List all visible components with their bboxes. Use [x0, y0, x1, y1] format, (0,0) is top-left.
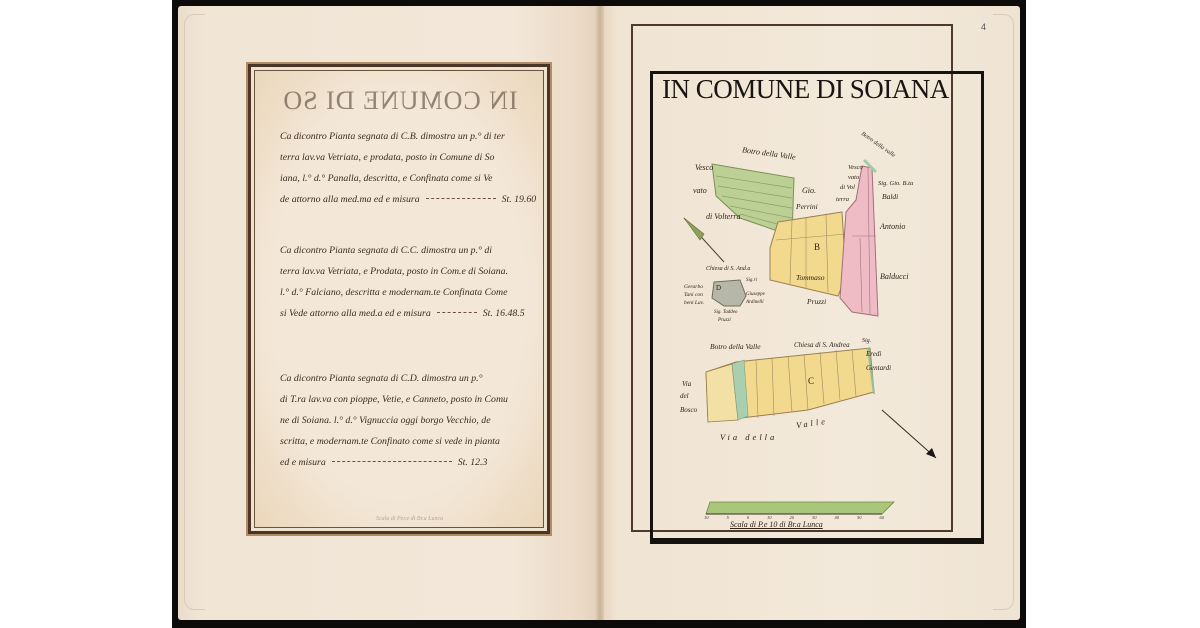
- label-via-bosco: del: [680, 392, 689, 400]
- entry-amount: St. 19.60.18: [502, 194, 536, 205]
- label-gherardo: beni Lav.: [684, 300, 704, 306]
- entry-line: iana, l.° d.° Panalla, descritta, e Conf…: [280, 168, 536, 189]
- entry-line: de attorno alla med.ma ed e misuraSt. 19…: [280, 189, 536, 210]
- book-gutter: [596, 6, 604, 620]
- label-via-bosco: Via: [682, 380, 691, 388]
- label-sig: Sig. Taddeo: [714, 310, 737, 315]
- label-botro-valle-lower: Botro della Valle: [710, 342, 761, 351]
- label-parcel-c: C: [808, 376, 814, 386]
- entry-line: terra lav.va Vetriata, e Prodata, posto …: [280, 261, 536, 282]
- entry-line: Ca dicontro Pianta segnata di C.D. dimos…: [280, 368, 536, 389]
- label-sig: Sig.ri: [746, 278, 757, 283]
- folio-number: 4: [981, 22, 986, 32]
- label-perrini: Perrini: [796, 202, 818, 211]
- entry-line: terra lav.va Vetriata, e prodata, posto …: [280, 147, 536, 168]
- entry-line: l.° d.° Falciano, descritta e modernam.t…: [280, 282, 536, 303]
- label-chiesa-lower: Chiesa di S. Andrea: [794, 341, 850, 349]
- entry-parcel-d: Ca dicontro Pianta segnata di C.D. dimos…: [280, 368, 536, 473]
- entry-line: scritta, e modernam.te Confinato come si…: [280, 431, 536, 452]
- label-vescovato: vato: [693, 186, 707, 195]
- label-sig: Pruzzi: [718, 318, 731, 323]
- map-frame: [650, 71, 984, 541]
- entry-line: si Vede attorno alla med.a ed e misuraSt…: [280, 303, 536, 324]
- label-parcel-d: D: [716, 284, 721, 292]
- label-gherardo: Gerarbo: [684, 284, 703, 290]
- label-via-bosco: Bosco: [680, 406, 697, 414]
- entry-parcel-b: Ca dicontro Pianta segnata di C.B. dimos…: [280, 126, 536, 210]
- label-vescovato-right: Vesco: [848, 164, 863, 171]
- label-sig: Giuseppe: [746, 292, 765, 297]
- entry-line: Ca dicontro Pianta segnata di C.C. dimos…: [280, 240, 536, 261]
- entry-line: di T.ra lav.va con pioppe, Vetie, e Cann…: [280, 389, 536, 410]
- label-sig: Ardinelli: [746, 300, 764, 305]
- bleed-through-title: IN COMUNE DI SO: [258, 86, 542, 116]
- entry-line: ed e misuraSt. 12.3: [280, 452, 536, 473]
- entry-line: Ca dicontro Pianta segnata di C.B. dimos…: [280, 126, 536, 147]
- scale-label: Scala di P.e 10 di Br.a Lunca: [730, 520, 823, 529]
- label-eredi: Eredi: [866, 350, 881, 358]
- label-balducci: Balducci: [880, 272, 908, 281]
- label-vescovato-right: di Vol: [840, 184, 855, 191]
- label-eredi: Gentardi: [866, 364, 891, 372]
- label-pruzzi: Pruzzi: [807, 297, 826, 306]
- label-tommaso: Tommaso: [796, 273, 824, 282]
- label-via-della: Via della: [720, 432, 777, 442]
- entry-line: ne di Soiana. l.° d.° Vignuccia oggi bor…: [280, 410, 536, 431]
- map-title: IN COMUNE DI SOIANA: [662, 74, 949, 105]
- label-baldi: Sig. Gio. B.ta: [878, 180, 913, 187]
- label-vescovato-right: terra: [836, 196, 849, 203]
- label-vescovato: Vesco: [695, 163, 713, 172]
- label-gherardo: Tani con: [684, 292, 703, 298]
- label-vescovato-right: vato: [848, 174, 859, 181]
- entry-amount: St. 16.48.5: [483, 308, 525, 319]
- label-gio: Gio.: [802, 186, 816, 195]
- label-parcel-b: B: [814, 242, 820, 252]
- label-eredi: Sig.: [862, 338, 871, 344]
- label-chiesa-upper: Chiesa di S. And.a: [706, 266, 750, 272]
- entry-parcel-c: Ca dicontro Pianta segnata di C.C. dimos…: [280, 240, 536, 324]
- entry-amount: St. 12.3: [458, 457, 488, 468]
- label-di-volterra: di Volterra: [706, 212, 740, 221]
- label-baldi: Baldi: [882, 192, 898, 201]
- faint-bleed-note: Scala di Per.e di Br.a Lunca: [376, 516, 443, 522]
- label-antonio: Antonio: [880, 222, 905, 231]
